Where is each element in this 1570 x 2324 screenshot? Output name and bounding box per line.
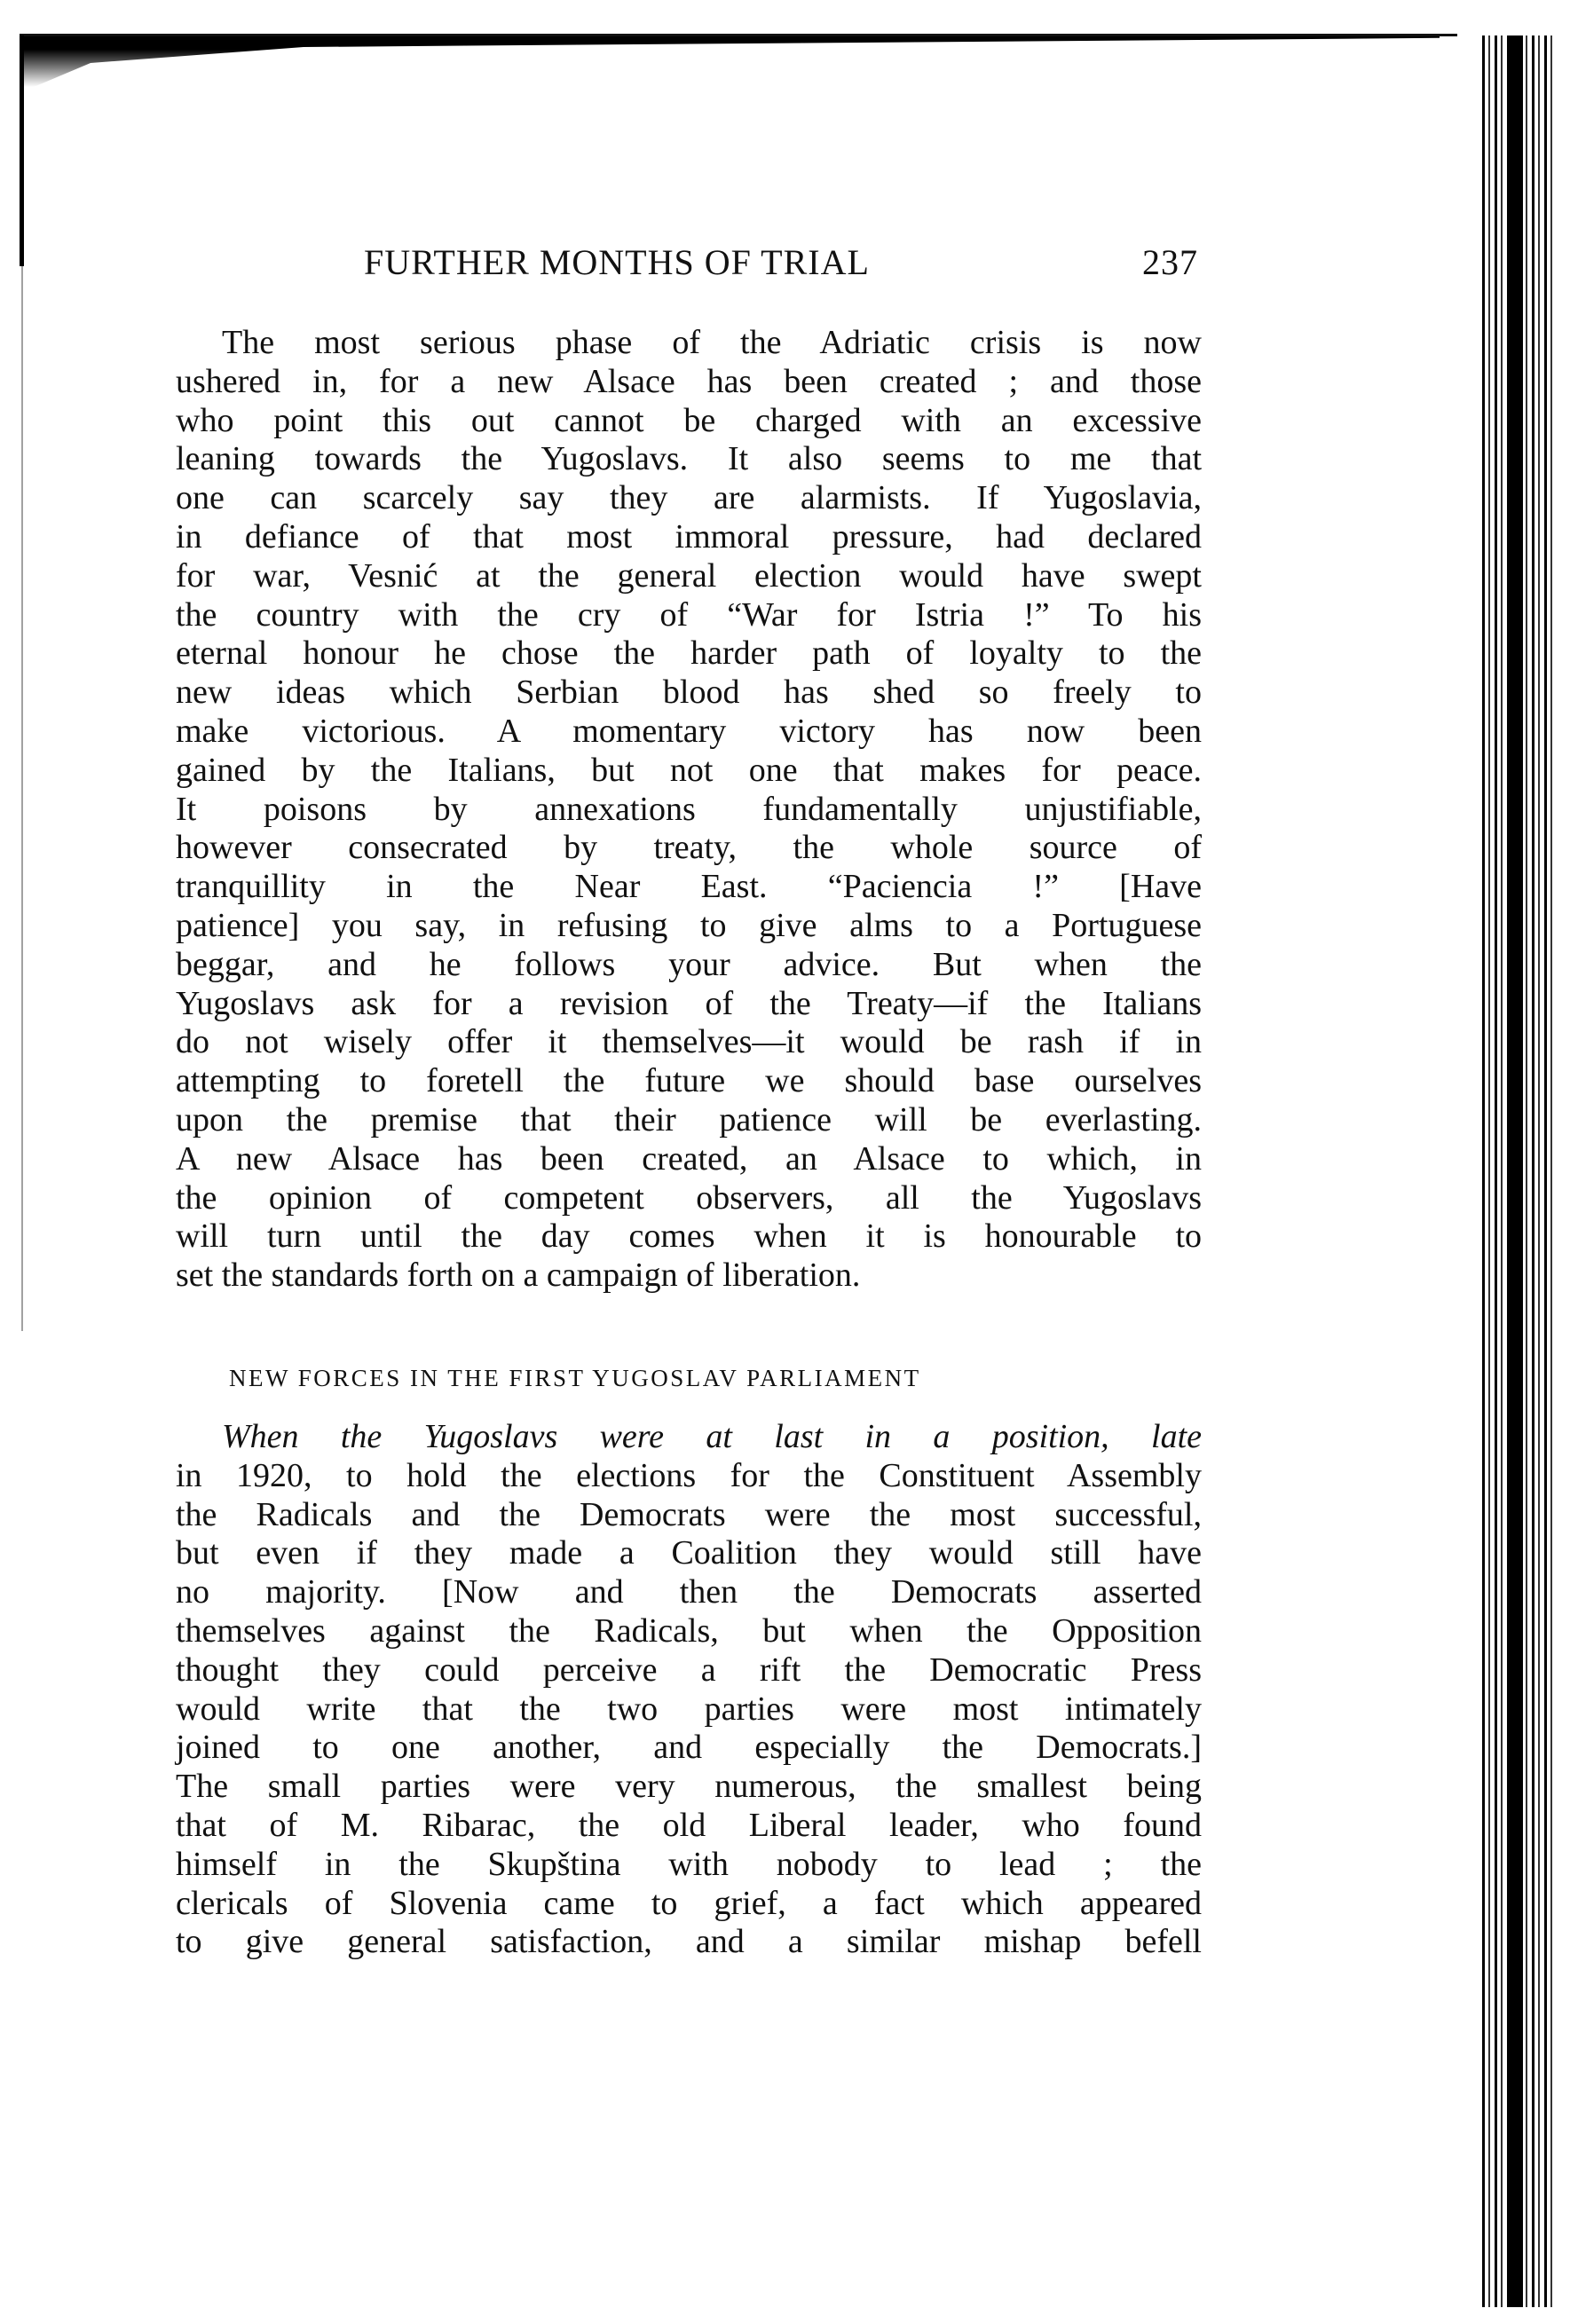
text-line: themselves against the Radicals, but whe…	[176, 1612, 1202, 1651]
text-line: would write that the two parties were mo…	[176, 1690, 1202, 1729]
text-line: will turn until the day comes when it is…	[176, 1217, 1202, 1257]
paragraph-2: When the Yugoslavs were at last in a pos…	[176, 1418, 1202, 1962]
text-line: new ideas which Serbian blood has shed s…	[176, 674, 1202, 713]
text-line: the Radicals and the Democrats were the …	[176, 1496, 1202, 1535]
text-line: who point this out cannot be charged wit…	[176, 402, 1202, 441]
text-line: do not wisely offer it themselves—it wou…	[176, 1023, 1202, 1062]
running-header: FURTHER MONTHS OF TRIAL 237	[364, 241, 1198, 283]
text-line: however consecrated by treaty, the whole…	[176, 829, 1202, 868]
page-left-edge-line	[21, 266, 23, 1331]
text-line: gained by the Italians, but not one that…	[176, 752, 1202, 791]
section-heading: NEW FORCES IN THE FIRST YUGOSLAV PARLIAM…	[229, 1365, 1205, 1392]
text-line: leaning towards the Yugoslavs. It also s…	[176, 440, 1202, 479]
text-line: make victorious. A momentary victory has…	[176, 713, 1202, 752]
text-line: The most serious phase of the Adriatic c…	[176, 324, 1202, 363]
running-title: FURTHER MONTHS OF TRIAL	[364, 241, 870, 283]
scanned-book-page: FURTHER MONTHS OF TRIAL 237 The most ser…	[0, 0, 1570, 2324]
text-line: eternal honour he chose the harder path …	[176, 634, 1202, 674]
text-line: A new Alsace has been created, an Alsace…	[176, 1140, 1202, 1179]
text-line: When the Yugoslavs were at last in a pos…	[176, 1418, 1202, 1457]
text-line: clericals of Slovenia came to grief, a f…	[176, 1885, 1202, 1924]
text-line: the country with the cry of “War for Ist…	[176, 596, 1202, 635]
book-spine-shadow	[1509, 35, 1523, 2307]
text-line: It poisons by annexations fundamentally …	[176, 791, 1202, 830]
text-line: attempting to foretell the future we sho…	[176, 1062, 1202, 1101]
text-line: ushered in, for a new Alsace has been cr…	[176, 363, 1202, 402]
text-line: beggar, and he follows your advice. But …	[176, 946, 1202, 985]
text-line: tranquillity in the Near East. “Pacienci…	[176, 868, 1202, 907]
page-top-edge	[20, 34, 1457, 36]
text-line: that of M. Ribarac, the old Liberal lead…	[176, 1807, 1202, 1846]
page-left-edge	[20, 35, 24, 266]
text-line: one can scarcely say they are alarmists.…	[176, 479, 1202, 518]
book-page-edges	[1482, 35, 1553, 2307]
text-line: for war, Vesnić at the general election …	[176, 557, 1202, 596]
text-line: in 1920, to hold the elections for the C…	[176, 1457, 1202, 1496]
text-line: no majority. [Now and then the Democrats…	[176, 1573, 1202, 1612]
text-line: upon the premise that their patience wil…	[176, 1101, 1202, 1140]
text-line: to give general satisfaction, and a simi…	[176, 1923, 1202, 1962]
text-line: the opinion of competent observers, all …	[176, 1179, 1202, 1218]
text-line: joined to one another, and especially th…	[176, 1729, 1202, 1768]
text-line: The small parties were very numerous, th…	[176, 1768, 1202, 1807]
text-line: patience] you say, in refusing to give a…	[176, 907, 1202, 946]
page-corner-shadow	[20, 34, 1440, 87]
text-line: in defiance of that most immoral pressur…	[176, 518, 1202, 557]
text-line: set the standards forth on a campaign of…	[176, 1257, 1202, 1296]
text-line: himself in the Skupština with nobody to …	[176, 1846, 1202, 1885]
paragraph-1: The most serious phase of the Adriatic c…	[176, 324, 1202, 1296]
text-line: Yugoslavs ask for a revision of the Trea…	[176, 985, 1202, 1024]
page-number: 237	[1142, 241, 1198, 283]
text-line: but even if they made a Coalition they w…	[176, 1534, 1202, 1573]
text-line: thought they could perceive a rift the D…	[176, 1651, 1202, 1690]
